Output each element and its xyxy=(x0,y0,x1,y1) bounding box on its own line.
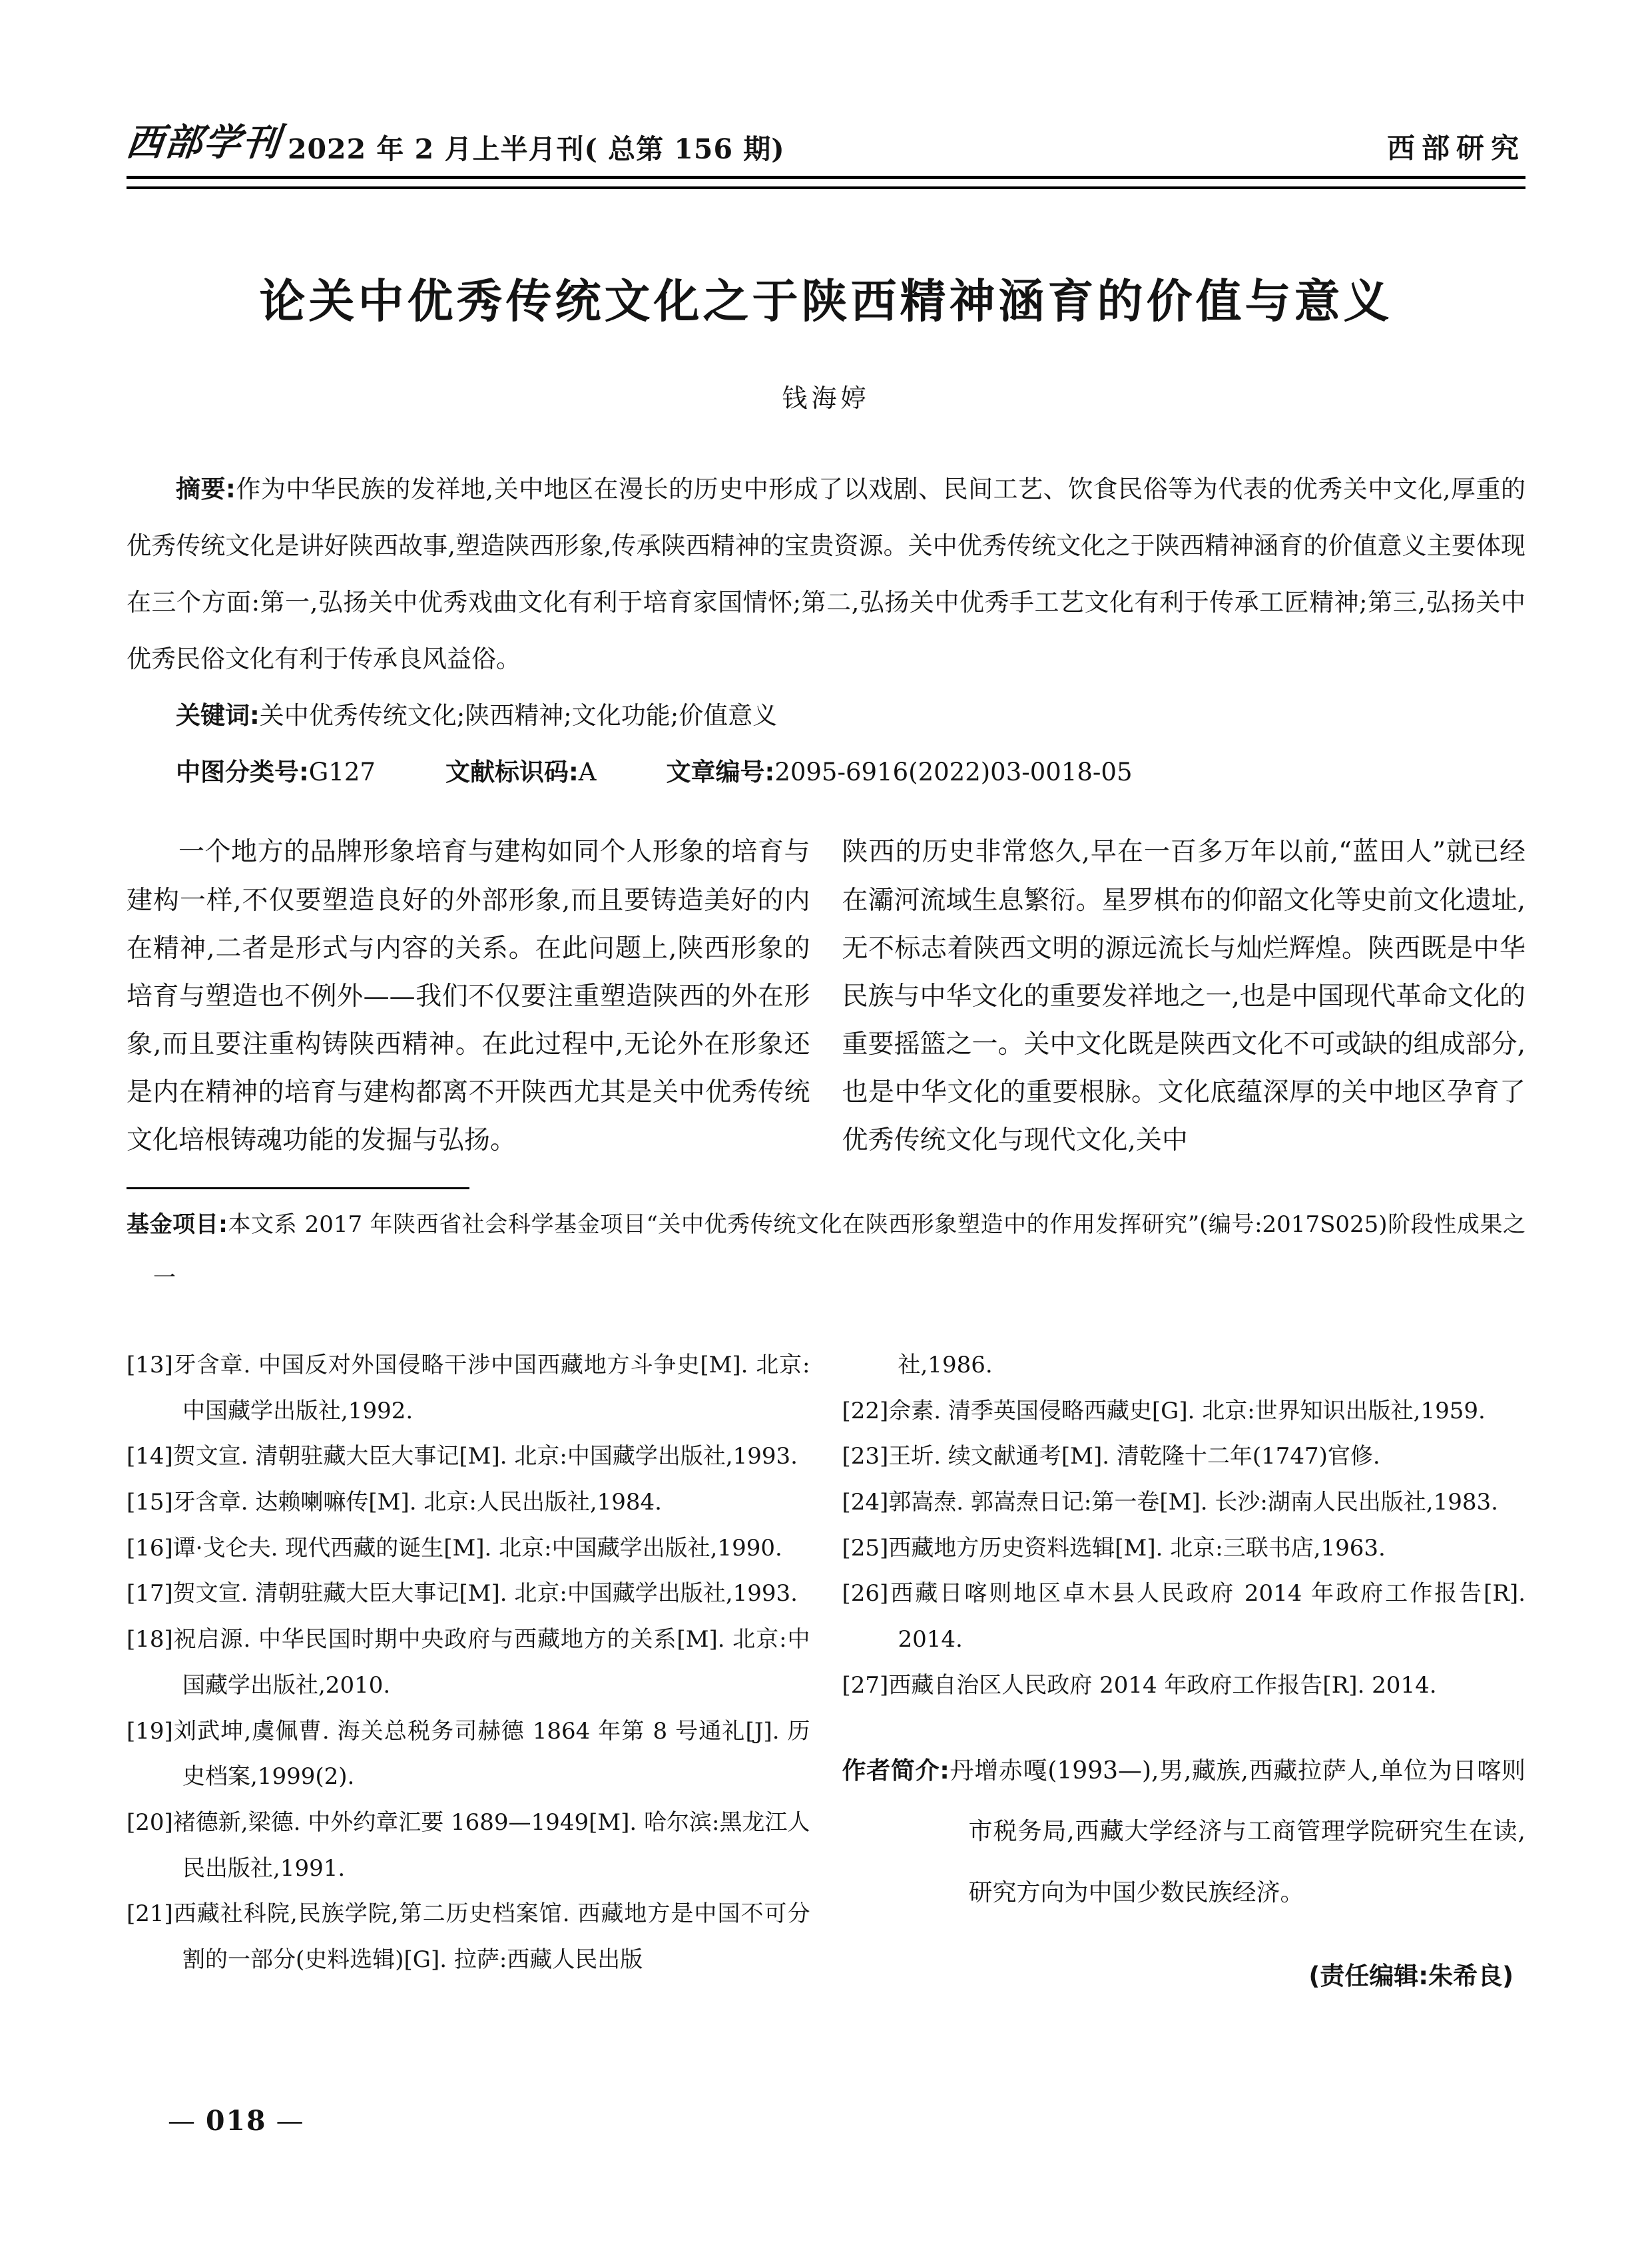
keywords-text: 关中优秀传统文化;陕西精神;文化功能;价值意义 xyxy=(260,701,777,730)
author-bio-label: 作者简介: xyxy=(842,1757,950,1785)
footer-dash-left: — xyxy=(168,2105,196,2137)
reference-item: [13]牙含章. 中国反对外国侵略干涉中国西藏地方斗争史[M]. 北京:中国藏学… xyxy=(127,1342,810,1434)
keywords-line: 关键词:关中优秀传统文化;陕西精神;文化功能;价值意义 xyxy=(127,687,1525,744)
reference-item: [26]西藏日喀则地区卓木县人民政府 2014 年政府工作报告[R]. 2014… xyxy=(842,1571,1526,1662)
references-column-left: [13]牙含章. 中国反对外国侵略干涉中国西藏地方斗争史[M]. 北京:中国藏学… xyxy=(127,1342,810,2002)
keywords-label: 关键词: xyxy=(176,701,260,730)
body-columns: 一个地方的品牌形象培育与建构如同个人形象的培育与建构一样,不仅要塑造良好的外部形… xyxy=(127,828,1525,1165)
clc-value: G127 xyxy=(309,758,376,786)
abstract-paragraph: 摘要:作为中华民族的发祥地,关中地区在漫长的历史中形成了以戏剧、民间工艺、饮食民… xyxy=(127,461,1525,687)
journal-logo: 西部学刊 xyxy=(124,113,284,166)
header-divider xyxy=(127,176,1525,189)
header-left: 西部学刊 2022 年 2 月上半月刊( 总第 156 期) xyxy=(127,113,785,166)
abstract-label: 摘要: xyxy=(176,475,236,503)
reference-item: [14]贺文宣. 清朝驻藏大臣大事记[M]. 北京:中国藏学出版社,1993. xyxy=(127,1434,810,1480)
footnote-divider xyxy=(127,1187,469,1189)
author-bio: 作者简介:丹增赤嘎(1993—),男,藏族,西藏拉萨人,单位为日喀则市税务局,西… xyxy=(842,1741,1526,1924)
editor-note: (责任编辑:朱希良) xyxy=(842,1952,1526,2002)
meta-line: 中图分类号:G127文献标识码:A文章编号:2095-6916(2022)03-… xyxy=(127,744,1525,800)
reference-item: [23]王圻. 续文献通考[M]. 清乾隆十二年(1747)官修. xyxy=(842,1434,1526,1480)
reference-item: [22]佘素. 清季英国侵略西藏史[G]. 北京:世界知识出版社,1959. xyxy=(842,1388,1526,1434)
funding-label: 基金项目: xyxy=(127,1211,228,1238)
body-paragraph-right: 陕西的历史非常悠久,早在一百多万年以前,“蓝田人”就已经在灞河流域生息繁衍。星罗… xyxy=(842,828,1526,1165)
article-id-label: 文章编号: xyxy=(667,758,775,786)
page-header: 西部学刊 2022 年 2 月上半月刊( 总第 156 期) 西部研究 xyxy=(127,113,1525,166)
funding-note: 基金项目:本文系 2017 年陕西省社会科学基金项目“关中优秀传统文化在陕西形象… xyxy=(127,1199,1525,1305)
reference-item: [18]祝启源. 中华民国时期中央政府与西藏地方的关系[M]. 北京:中国藏学出… xyxy=(127,1617,810,1708)
page-number: 018 xyxy=(206,2105,267,2137)
journal-page: 西部学刊 2022 年 2 月上半月刊( 总第 156 期) 西部研究 论关中优… xyxy=(0,0,1652,2242)
reference-continuation: 社,1986. xyxy=(842,1342,1526,1388)
article-id-value: 2095-6916(2022)03-0018-05 xyxy=(774,758,1132,786)
reference-item: [16]谭·戈仑夫. 现代西藏的诞生[M]. 北京:中国藏学出版社,1990. xyxy=(127,1526,810,1571)
reference-item: [19]刘武坤,虞佩曹. 海关总税务司赫德 1864 年第 8 号通礼[J]. … xyxy=(127,1709,810,1800)
abstract-text: 作为中华民族的发祥地,关中地区在漫长的历史中形成了以戏剧、民间工艺、饮食民俗等为… xyxy=(127,475,1525,673)
body-column-left: 一个地方的品牌形象培育与建构如同个人形象的培育与建构一样,不仅要塑造良好的外部形… xyxy=(127,828,810,1165)
body-column-right: 陕西的历史非常悠久,早在一百多万年以前,“蓝田人”就已经在灞河流域生息繁衍。星罗… xyxy=(842,828,1526,1165)
funding-text: 本文系 2017 年陕西省社会科学基金项目“关中优秀传统文化在陕西形象塑造中的作… xyxy=(153,1211,1525,1291)
footer-dash-right: — xyxy=(276,2105,305,2137)
reference-item: [15]牙含章. 达赖喇嘛传[M]. 北京:人民出版社,1984. xyxy=(127,1480,810,1526)
body-paragraph-left: 一个地方的品牌形象培育与建构如同个人形象的培育与建构一样,不仅要塑造良好的外部形… xyxy=(127,828,810,1165)
article-title: 论关中优秀传统文化之于陕西精神涵育的价值与意义 xyxy=(127,274,1525,330)
reference-item: [27]西藏自治区人民政府 2014 年政府工作报告[R]. 2014. xyxy=(842,1663,1526,1709)
issue-info: 2022 年 2 月上半月刊( 总第 156 期) xyxy=(288,127,785,166)
reference-item: [21]西藏社科院,民族学院,第二历史档案馆. 西藏地方是中国不可分割的一部分(… xyxy=(127,1891,810,1982)
section-label: 西部研究 xyxy=(1387,127,1525,166)
author-bio-text: 丹增赤嘎(1993—),男,藏族,西藏拉萨人,单位为日喀则市税务局,西藏大学经济… xyxy=(950,1757,1525,1907)
article-author: 钱海婷 xyxy=(127,378,1525,414)
reference-item: [17]贺文宣. 清朝驻藏大臣大事记[M]. 北京:中国藏学出版社,1993. xyxy=(127,1571,810,1617)
reference-item: [20]褚德新,梁德. 中外约章汇要 1689—1949[M]. 哈尔滨:黑龙江… xyxy=(127,1800,810,1891)
reference-item: [24]郭嵩焘. 郭嵩焘日记:第一卷[M]. 长沙:湖南人民出版社,1983. xyxy=(842,1480,1526,1526)
doc-code-label: 文献标识码: xyxy=(445,758,579,786)
references-section: [13]牙含章. 中国反对外国侵略干涉中国西藏地方斗争史[M]. 北京:中国藏学… xyxy=(127,1342,1525,2002)
reference-item: [25]西藏地方历史资料选辑[M]. 北京:三联书店,1963. xyxy=(842,1526,1526,1571)
references-column-right: 社,1986. [22]佘素. 清季英国侵略西藏史[G]. 北京:世界知识出版社… xyxy=(842,1342,1526,2002)
page-footer: —018— xyxy=(168,2105,305,2137)
doc-code-value: A xyxy=(579,758,597,786)
clc-label: 中图分类号: xyxy=(176,758,309,786)
